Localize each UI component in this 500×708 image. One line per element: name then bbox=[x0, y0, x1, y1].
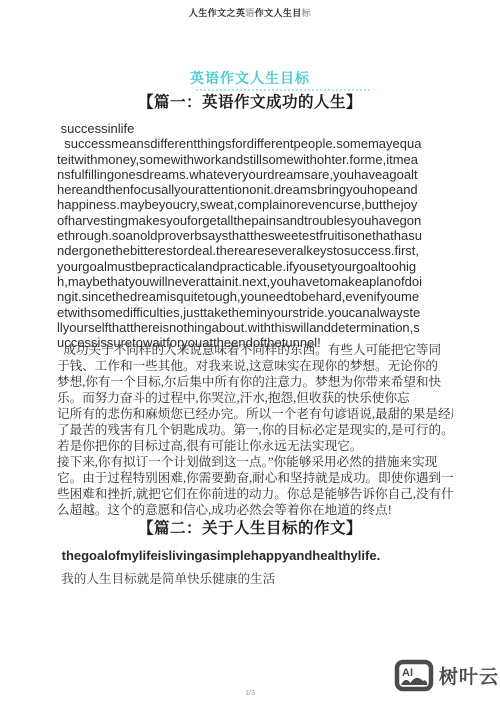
svg-text:AI: AI bbox=[402, 667, 413, 679]
document-header-title: 人生作文之英语作文人生目标 bbox=[0, 6, 500, 19]
text-line: 了最苦的残害有几个钥匙成功。第一,你的目标必定是现实的,是可行的。 bbox=[57, 422, 453, 438]
section-heading-2: 【篇二：关于人生目标的作文】 bbox=[0, 516, 500, 538]
text-line: 记所有的悲伤和麻烦您已经办完。所以一个老有句谚语说,最甜的果是经历 bbox=[57, 406, 453, 422]
text-line: 接下来,你有拟订一个计划做到这一点。”你能够采用必然的措施来实现 bbox=[57, 454, 453, 470]
text-line: nsfulfillingonesdreams.whateveryourdream… bbox=[57, 167, 451, 182]
text-line: h,maybethatyouwillneverattainit.next,you… bbox=[57, 274, 451, 289]
text-line: 于钱、工作和一些其他。对我来说,这意味实在现你的梦想。无论你的 bbox=[57, 358, 453, 374]
text-line: ofharvestingmakesyouforgetallthepainsand… bbox=[57, 213, 451, 228]
text-line: llyourselfthatthereisnothingabout.withth… bbox=[57, 320, 451, 335]
text-line: 若是你把你的目标过高,很有可能让你永远无法实现它。 bbox=[57, 438, 453, 454]
ai-image-logo-icon: AI bbox=[394, 655, 434, 695]
english-essay-paragraph: successinlife successmeansdifferentthing… bbox=[57, 121, 451, 350]
document-page: 人生作文之英语作文人生目标 英语作文人生目标 【篇一：英语作文成功的人生】 su… bbox=[0, 0, 500, 708]
text-line: successmeansdifferentthingsfordifferentp… bbox=[57, 136, 451, 151]
text-line: 成功关于不同样的人来说意味着不同样的东西。有些人可能把它等同 bbox=[57, 342, 453, 358]
text-line: etwithsomedifficulties,justtaketheminyou… bbox=[57, 305, 451, 320]
text-line: hereandthenfocusallyourattentiononit.dre… bbox=[57, 182, 451, 197]
text-line: 些困难和挫折,就把它们在你前进的动力。你总是能够告诉你自己,没有什 bbox=[57, 486, 453, 502]
text-line: ethrough.soanoldproverbsaysthatthesweete… bbox=[57, 228, 451, 243]
text-line: successinlife bbox=[57, 121, 451, 136]
text-line: 乐。而努力奋斗的过程中,你哭泣,汗水,抱怨,但收获的快乐使你忘 bbox=[57, 390, 453, 406]
section-heading-1: 【篇一：英语作文成功的人生】 bbox=[0, 90, 500, 112]
text-line: 它。由于过程特别困难,你需要勤奋,耐心和坚持就是成功。即使你遇到一 bbox=[57, 470, 453, 486]
watermark: AI 树叶云 bbox=[394, 654, 499, 696]
header-segment: 标 bbox=[302, 8, 311, 18]
header-segment: 人生作文之英 bbox=[189, 8, 245, 18]
goal-sentence-chinese: 我的人生目标就是简单快乐健康的生活 bbox=[58, 568, 275, 587]
header-segment: 语 bbox=[245, 8, 254, 18]
page-title: 英语作文人生目标 bbox=[0, 68, 500, 88]
text-line: happiness.maybeyoucry,sweat,complainorev… bbox=[57, 197, 451, 212]
header-segment: 作文人生目 bbox=[255, 8, 302, 18]
watermark-brand-text: 树叶云 bbox=[439, 662, 499, 689]
text-line: ngit.sincethedreamisquitetough,youneedto… bbox=[57, 289, 451, 304]
text-line: ndergonethebitterestordeal.therearesever… bbox=[57, 243, 451, 258]
text-line: 梦想,你有一个目标,尔后集中所有你的注意力。梦想为你带来希望和快 bbox=[57, 374, 453, 390]
chinese-translation-paragraph: 成功关于不同样的人来说意味着不同样的东西。有些人可能把它等同于钱、工作和一些其他… bbox=[57, 342, 453, 518]
goal-sentence-english: thegoalofmylifeislivingasimplehappyandhe… bbox=[58, 548, 380, 563]
text-line: yourgoalmustbepracticalandpracticable.if… bbox=[57, 259, 451, 274]
text-line: teitwithmoney,somewithworkandstillsomewi… bbox=[57, 152, 451, 167]
